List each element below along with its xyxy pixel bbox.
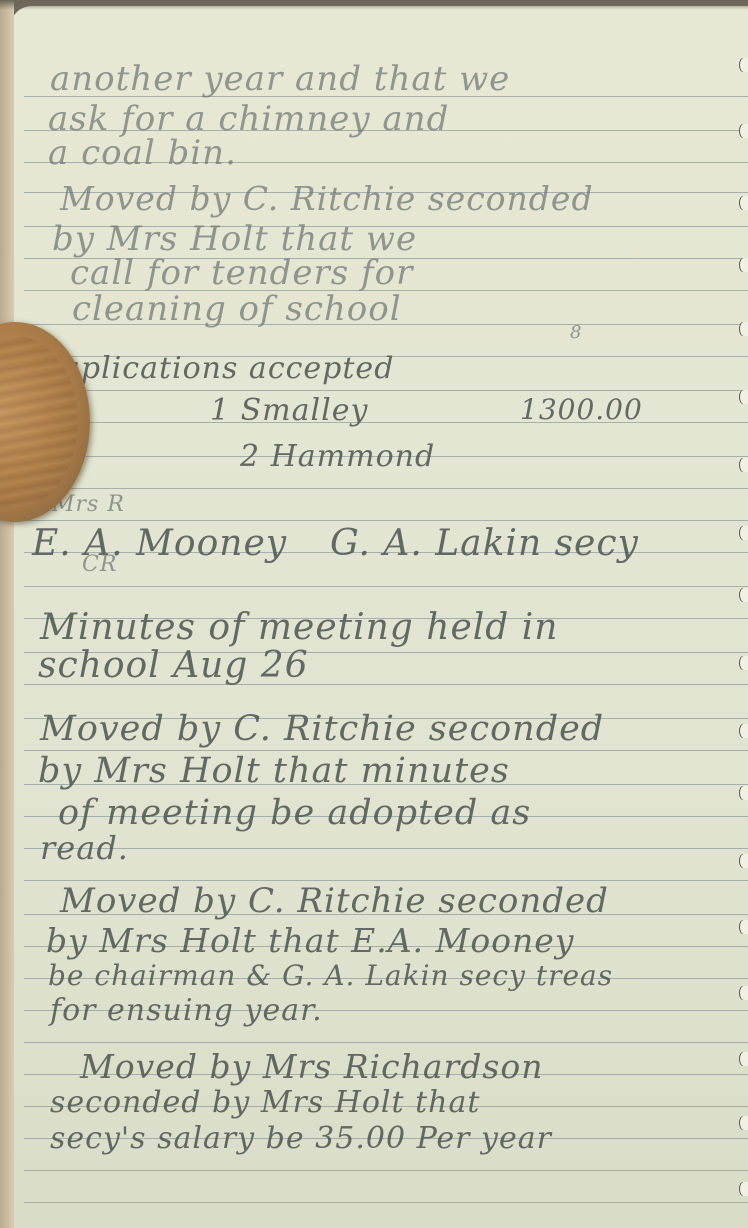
handwritten-line: secy's salary be 35.00 Per year: [50, 1124, 552, 1154]
handwritten-line: aplications accepted: [62, 354, 394, 384]
handwritten-line: 2 Hammond: [240, 442, 435, 472]
ruled-line: [24, 848, 748, 849]
perforation: [740, 526, 748, 540]
handwritten-line: ask for a chimney and: [48, 102, 449, 136]
perforation: [740, 390, 748, 404]
handwritten-line: Minutes of meeting held in: [40, 610, 558, 646]
perforation: [740, 322, 748, 336]
perforation: [740, 58, 748, 72]
handwritten-line: G. A. Lakin secy: [330, 526, 639, 562]
perforation: [740, 124, 748, 138]
handwritten-line: Moved by C. Ritchie seconded: [40, 712, 604, 747]
perforation: [740, 724, 748, 738]
ruled-line: [24, 488, 748, 489]
perforation: [740, 786, 748, 800]
handwritten-line: by Mrs Holt that E.A. Mooney: [46, 924, 574, 957]
handwritten-line: call for tenders for: [70, 256, 413, 290]
ruled-line: [24, 520, 748, 521]
handwritten-line: 1 Smalley: [210, 396, 368, 426]
perforation: [740, 1182, 748, 1196]
perforation: [740, 1052, 748, 1066]
handwritten-line: 1300.00: [520, 396, 643, 424]
handwritten-line: be chairman & G. A. Lakin secy treas: [48, 962, 613, 990]
handwritten-line: a coal bin.: [48, 136, 237, 170]
ruled-line: [24, 1042, 748, 1043]
perforation: [740, 196, 748, 210]
ruled-line: [24, 586, 748, 587]
perforation: [740, 458, 748, 472]
handwritten-line: another year and that we: [50, 62, 510, 96]
handwritten-line: read.: [40, 832, 129, 864]
handwritten-line: E. A. Mooney: [32, 526, 287, 562]
handwritten-line: for ensuing year.: [50, 996, 323, 1026]
ruled-line: [24, 1170, 748, 1171]
handwritten-line: by Mrs Holt that we: [52, 222, 417, 256]
annotation: CR: [82, 554, 117, 576]
perforation: [740, 854, 748, 868]
handwritten-line: Moved by C. Ritchie seconded: [60, 884, 609, 918]
notebook-page: another year and that we ask for a chimn…: [10, 6, 748, 1228]
notebook-binding: [0, 0, 14, 1228]
handwritten-line: Moved by C. Ritchie seconded: [60, 182, 594, 215]
perforation: [740, 1116, 748, 1130]
perforation: [740, 986, 748, 1000]
page-top-shadow: [0, 0, 748, 10]
perforation: [740, 920, 748, 934]
handwritten-line: Moved by Mrs Richardson: [80, 1050, 543, 1083]
ruled-line: [24, 1202, 748, 1203]
handwritten-line: by Mrs Holt that minutes: [38, 754, 510, 789]
annotation: 8: [570, 324, 582, 342]
handwritten-line: seconded by Mrs Holt that: [50, 1088, 480, 1118]
ruled-line: [24, 390, 748, 391]
handwritten-line: of meeting be adopted as: [58, 796, 531, 831]
handwritten-line: school Aug 26: [38, 648, 309, 684]
perforation: [740, 258, 748, 272]
perforation: [740, 588, 748, 602]
handwritten-line: cleaning of school: [72, 292, 402, 326]
perforation: [740, 656, 748, 670]
